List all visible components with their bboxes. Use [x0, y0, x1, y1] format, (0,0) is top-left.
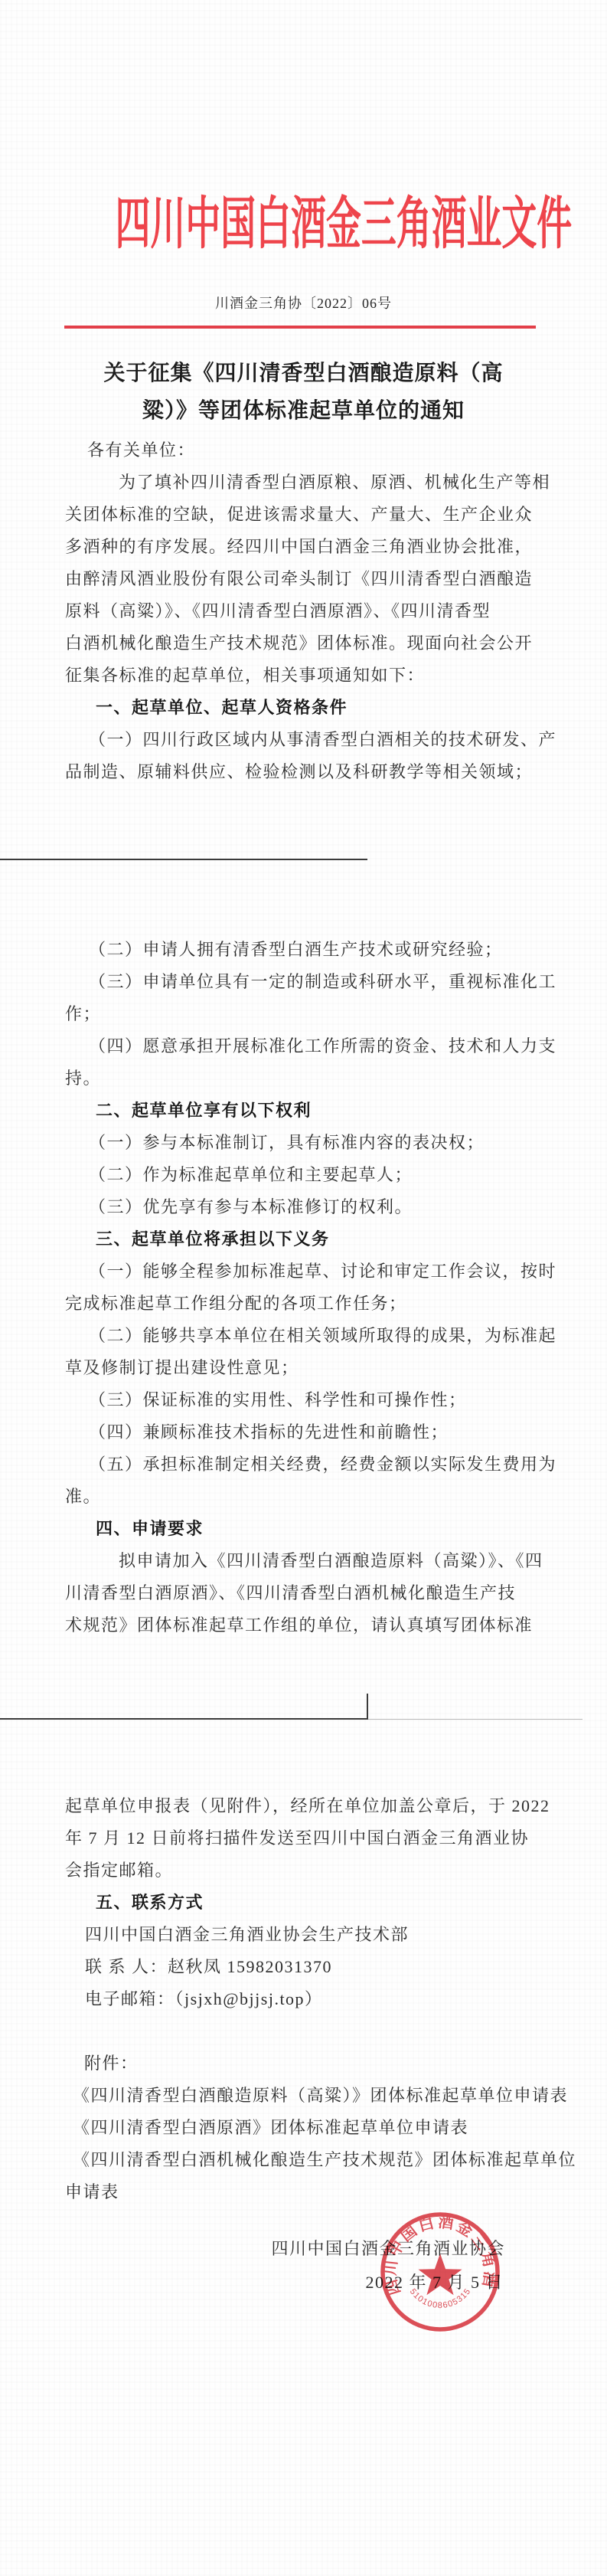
section4-heading: 四、申请要求 [96, 1517, 204, 1540]
intro-line: 白酒机械化酿造生产技术规范》团体标准。现面向社会公开 [65, 632, 533, 655]
intro-line: 为了填补四川清香型白酒原粮、原酒、机械化生产等相 [119, 471, 550, 494]
section1-line: （二）申请人拥有清香型白酒生产技术或研究经验； [89, 938, 503, 961]
notice-title-line-1: 关于征集《四川清香型白酒酿造原料（高 [0, 358, 607, 389]
section2-line: （三）优先享有参与本标准修订的权利。 [89, 1196, 413, 1219]
intro-line: 关团体标准的空缺，促进该需求量大、产量大、生产企业众 [65, 503, 533, 526]
page-separator-line-1 [0, 859, 367, 860]
section1-heading: 一、起草单位、起草人资格条件 [96, 696, 348, 719]
section1-line: （三）申请单位具有一定的制造或科研水平，重视标准化工 [89, 971, 556, 993]
section3-line: （四）兼顾标准技术指标的先进性和前瞻性； [89, 1421, 449, 1444]
section3-line: （五）承担标准制定相关经费，经费金额以实际发生费用为 [89, 1453, 556, 1476]
contact-person-phone: 联 系 人：赵秋凤 15982031370 [85, 1956, 332, 1979]
section4-line: 年 7 月 12 日前将扫描件发送至四川中国白酒金三角酒业协 [65, 1827, 529, 1850]
section3-line: （二）能够共享本单位在相关领域所取得的成果，为标准起 [89, 1324, 556, 1347]
section4-line: 拟申请加入《四川清香型白酒酿造原料（高粱）》、《四 [119, 1550, 543, 1573]
official-red-stamp: 四川中国白酒金三角酒业协会 5101008605315 [364, 2195, 517, 2349]
section3-line: 完成标准起草工作组分配的各项工作任务； [65, 1292, 407, 1315]
attachment-item: 申请表 [65, 2181, 119, 2204]
stamp-number: 5101008605315 [408, 2286, 473, 2310]
notice-title-line-2: 粱）》等团体标准起草单位的通知 [0, 396, 607, 427]
section5-heading: 五、联系方式 [96, 1891, 204, 1914]
section3-heading: 三、起草单位将承担以下义务 [96, 1228, 330, 1251]
page-separator-line-2-faint [368, 1719, 583, 1720]
document-number: 川酒金三角协〔2022〕06号 [0, 293, 607, 313]
intro-line: 原料（高粱）》、《四川清香型白酒原酒》、《四川清香型 [65, 600, 491, 623]
section3-line: 准。 [65, 1485, 101, 1508]
attachments-label: 附件： [84, 2052, 139, 2075]
section1-line: 品制造、原辅料供应、检验检测以及科研教学等相关领域； [65, 761, 533, 784]
stamp-star-icon [419, 2254, 462, 2295]
section2-line: （二）作为标准起草单位和主要起草人； [89, 1164, 413, 1187]
section3-line: （三）保证标准的实用性、科学性和可操作性； [89, 1389, 467, 1412]
section1-line: 持。 [65, 1067, 101, 1090]
section4-line: 川清香型白酒原酒》、《四川清香型白酒机械化酿造生产技 [65, 1582, 516, 1605]
section4-line: 会指定邮箱。 [65, 1859, 173, 1882]
red-divider-rule [64, 326, 536, 329]
intro-line: 征集各标准的起草单位，相关事项通知如下： [65, 664, 425, 687]
intro-line: 多酒种的有序发展。经四川中国白酒金三角酒业协会批准， [65, 535, 533, 558]
letterhead-banner: 四川中国白酒金三角酒业文件 [116, 191, 492, 257]
attachment-item: 《四川清香型白酒机械化酿造生产技术规范》团体标准起草单位 [73, 2149, 576, 2172]
scan-fold-tick [367, 1694, 368, 1719]
attachment-item: 《四川清香型白酒原酒》团体标准起草单位申请表 [73, 2116, 468, 2139]
section3-line: （一）能够全程参加标准起草、讨论和审定工作会议，按时 [89, 1260, 556, 1283]
section4-line: 术规范》团体标准起草工作组的单位，请认真填写团体标准 [65, 1614, 533, 1637]
section1-line: （四）愿意承担开展标准化工作所需的资金、技术和人力支 [89, 1035, 556, 1058]
section2-line: （一）参与本标准制订，具有标准内容的表决权； [89, 1131, 485, 1154]
contact-department: 四川中国白酒金三角酒业协会生产技术部 [85, 1923, 409, 1946]
attachment-item: 《四川清香型白酒酿造原料（高粱）》团体标准起草单位申请表 [73, 2084, 568, 2107]
scanned-document-page: 四川中国白酒金三角酒业文件 川酒金三角协〔2022〕06号 关于征集《四川清香型… [0, 0, 607, 2576]
section1-line: 作； [65, 1003, 101, 1026]
salutation: 各有关单位： [87, 439, 195, 462]
contact-email: 电子邮箱：（jsjxh@bjjsj.top） [85, 1988, 323, 2011]
page-separator-line-2 [0, 1718, 368, 1720]
section2-heading: 二、起草单位享有以下权利 [96, 1099, 312, 1122]
section3-line: 草及修制订提出建设性意见； [65, 1357, 299, 1380]
section1-line: （一）四川行政区域内从事清香型白酒相关的技术研发、产 [89, 728, 556, 751]
intro-line: 由醉清风酒业股份有限公司牵头制订《四川清香型白酒酿造 [65, 568, 533, 591]
section4-line: 起草单位申报表（见附件），经所在单位加盖公章后，于 2022 [65, 1795, 550, 1818]
